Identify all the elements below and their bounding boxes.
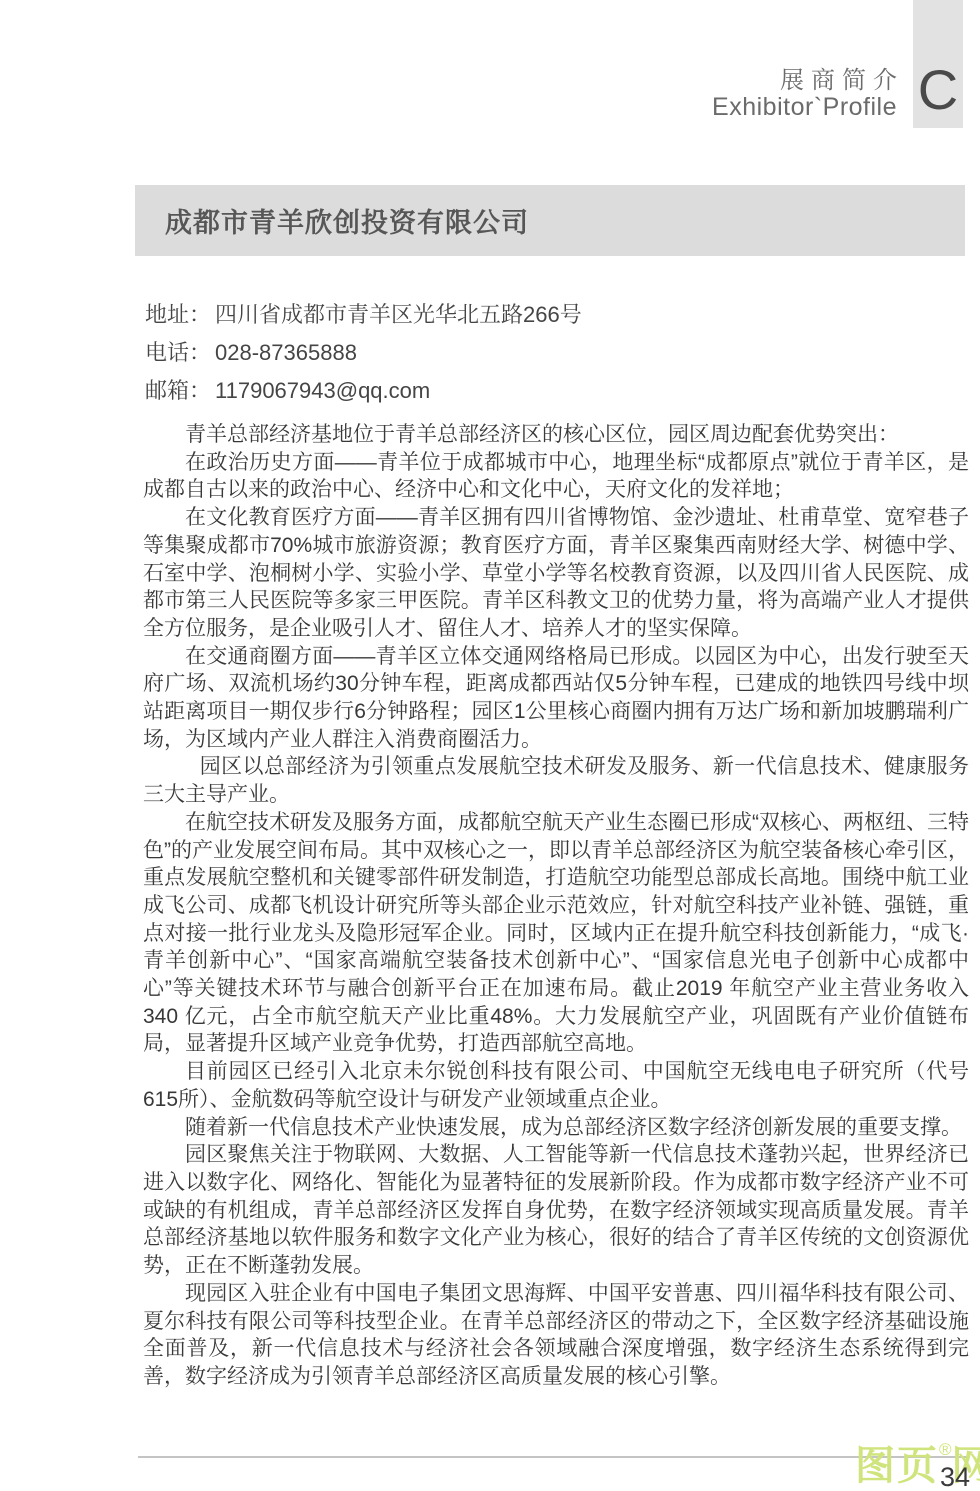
footer-divider	[138, 1456, 967, 1458]
profile-paragraph: 在政治历史方面——青羊位于成都城市中心，地理坐标“成都原点”就位于青羊区，是成都…	[143, 449, 969, 504]
contact-address-row: 地址：四川省成都市青羊区光华北五路266号	[145, 296, 582, 334]
page-header: 展商简介 Exhibitor`Profile	[712, 68, 897, 121]
phone-label: 电话：	[145, 340, 211, 365]
header-title-chinese: 展商简介	[712, 68, 904, 94]
profile-paragraph: 园区聚焦关注于物联网、大数据、人工智能等新一代信息技术蓬勃兴起，世界经济已进入以…	[143, 1141, 969, 1280]
profile-paragraph: 目前园区已经引入北京未尔锐创科技有限公司、中国航空无线电电子研究所（代号615所…	[143, 1058, 969, 1113]
email-value: 1179067943@qq.com	[215, 378, 430, 403]
profile-paragraph: 青羊总部经济基地位于青羊总部经济区的核心区位，园区周边配套优势突出：	[143, 421, 969, 449]
address-value: 四川省成都市青羊区光华北五路266号	[215, 302, 582, 327]
watermark-text-left: 图页	[855, 1444, 939, 1488]
section-letter: C	[918, 62, 958, 118]
exhibitor-profile-page: C 展商简介 Exhibitor`Profile 成都市青羊欣创投资有限公司 地…	[0, 0, 980, 1491]
profile-paragraph: 随着新一代信息技术产业快速发展，成为总部经济区数字经济创新发展的重要支撑。	[143, 1114, 969, 1142]
company-name-bar: 成都市青羊欣创投资有限公司	[135, 185, 965, 256]
contact-info: 地址：四川省成都市青羊区光华北五路266号 电话：028-87365888 邮箱…	[145, 296, 582, 410]
profile-paragraph: 在交通商圈方面——青羊区立体交通网络格局已形成。以园区为中心，出发行驶至天府广场…	[143, 643, 969, 754]
profile-paragraph: 园区以总部经济为引领重点发展航空技术研发及服务、新一代信息技术、健康服务三大主导…	[143, 753, 969, 808]
profile-paragraph: 在文化教育医疗方面——青羊区拥有四川省博物馆、金沙遗址、杜甫草堂、宽窄巷子等集聚…	[143, 504, 969, 643]
page-number: 34	[940, 1462, 970, 1491]
contact-email-row: 邮箱：1179067943@qq.com	[145, 372, 582, 410]
company-profile-text: 青羊总部经济基地位于青羊总部经济区的核心区位，园区周边配套优势突出： 在政治历史…	[143, 421, 969, 1391]
address-label: 地址：	[145, 302, 211, 327]
profile-paragraph: 在航空技术研发及服务方面，成都航空航天产业生态圈已形成“双核心、两枢纽、三特色”…	[143, 809, 969, 1058]
section-letter-tab: C	[913, 0, 963, 128]
contact-phone-row: 电话：028-87365888	[145, 334, 582, 372]
company-name: 成都市青羊欣创投资有限公司	[165, 201, 529, 240]
registered-trademark-icon: ®	[939, 1440, 952, 1459]
email-label: 邮箱：	[145, 378, 211, 403]
phone-value: 028-87365888	[215, 340, 357, 365]
header-title-english: Exhibitor`Profile	[712, 94, 897, 121]
profile-paragraph: 现园区入驻企业有中国电子集团文思海辉、中国平安普惠、四川福华科技有限公司、夏尔科…	[143, 1280, 969, 1391]
